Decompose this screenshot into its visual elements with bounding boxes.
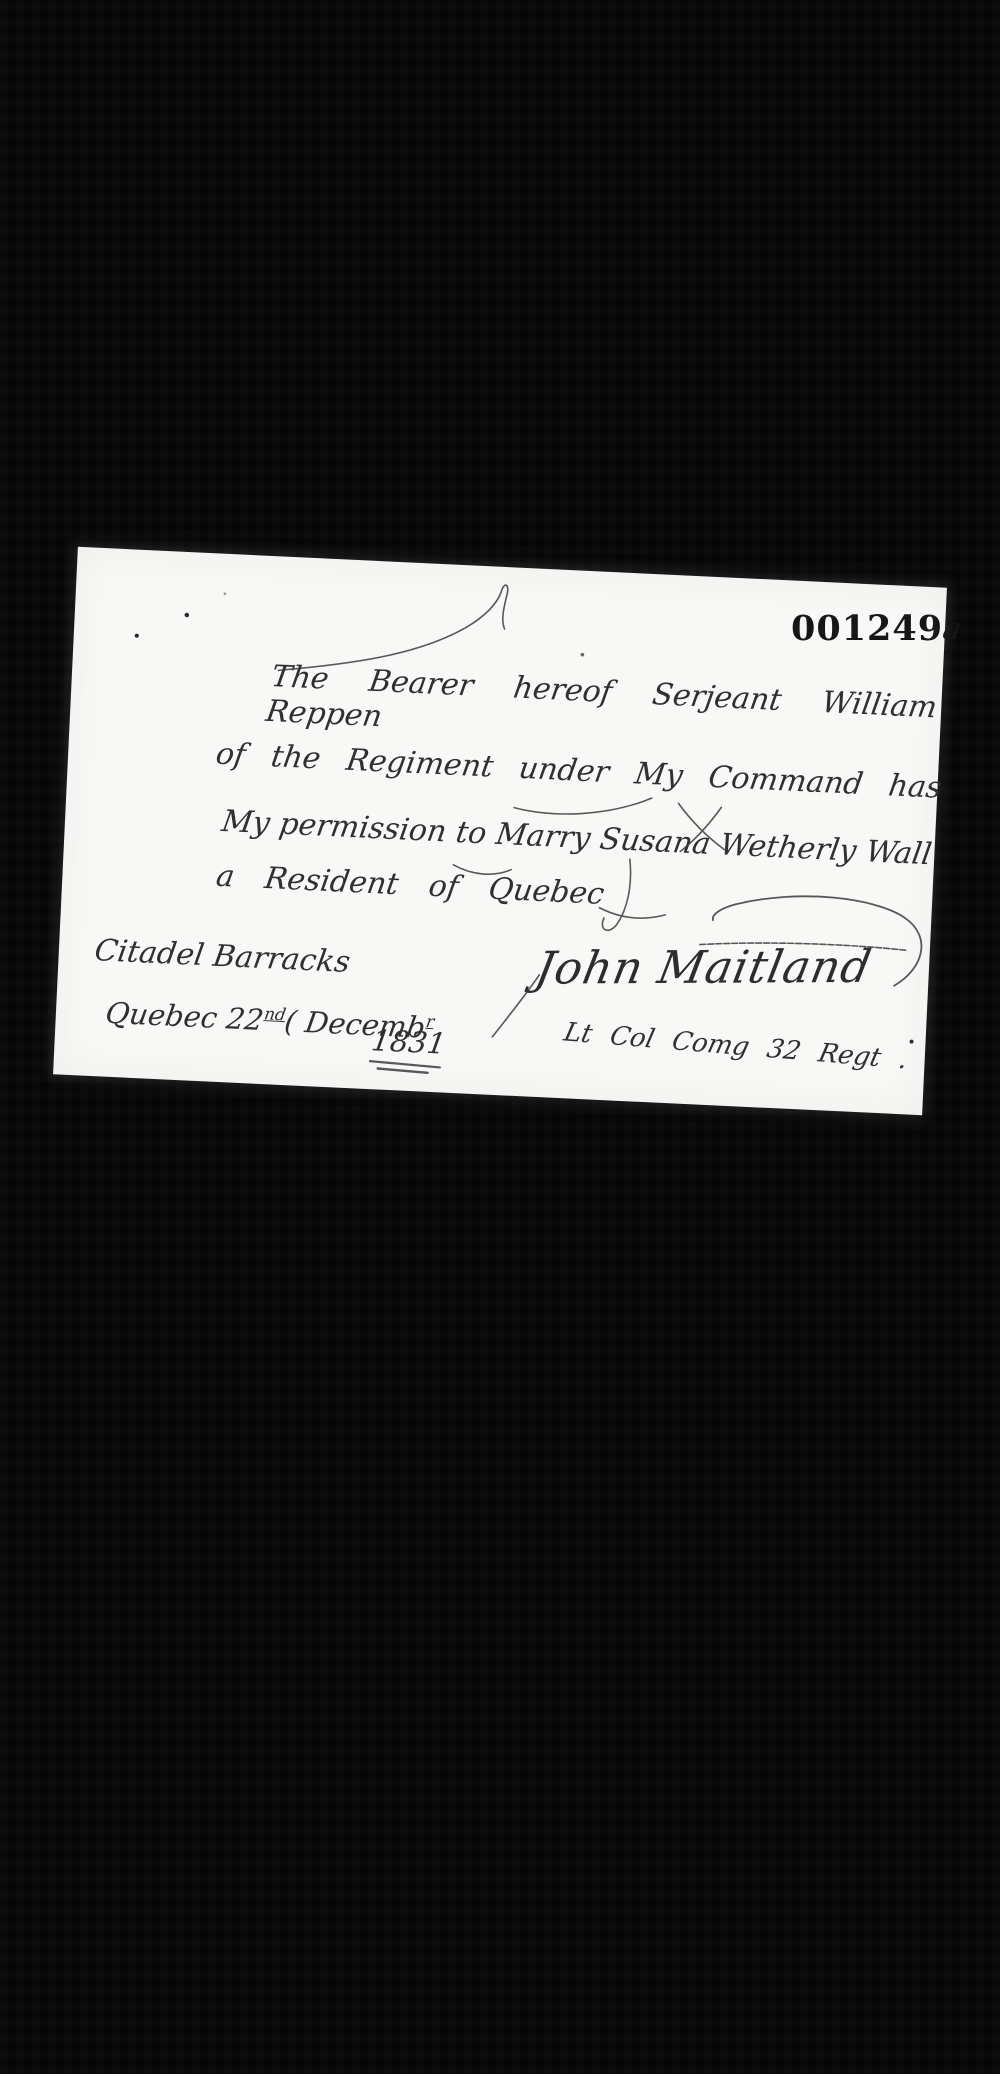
stamp-number: 001249a [791, 608, 962, 649]
year-underline-icon [378, 1069, 428, 1073]
ink-speck [224, 592, 227, 595]
signature-leadin-stroke-icon [492, 973, 539, 1039]
year-underline-icon [370, 1061, 440, 1067]
under-word-swash-icon [514, 792, 652, 819]
signature-rank: Lt Col Comg 32 Regt . [561, 1019, 910, 1077]
signature-name: John Maitland [531, 941, 919, 995]
quebec-underline-swash-icon [599, 908, 665, 920]
date-prefix: Quebec 22 [103, 996, 266, 1037]
place-line: Citadel Barracks [92, 934, 361, 981]
scan-background: The Bearer hereof Serjeant William Reppe… [0, 0, 1000, 2074]
of-descender-flourish-icon [602, 858, 631, 931]
ink-speck [909, 1040, 913, 1044]
handwritten-line-4: a Resident of Quebec [214, 860, 607, 913]
handwritten-line-3: My permission to Marry Susana Wetherly W… [219, 805, 933, 873]
ink-speck [184, 613, 189, 618]
ink-speck [581, 653, 585, 657]
ink-speck [135, 633, 139, 637]
stamp-suffix: a [940, 612, 966, 647]
stamp-digits: 001249 [791, 608, 943, 649]
year: 1831 [368, 1024, 449, 1061]
